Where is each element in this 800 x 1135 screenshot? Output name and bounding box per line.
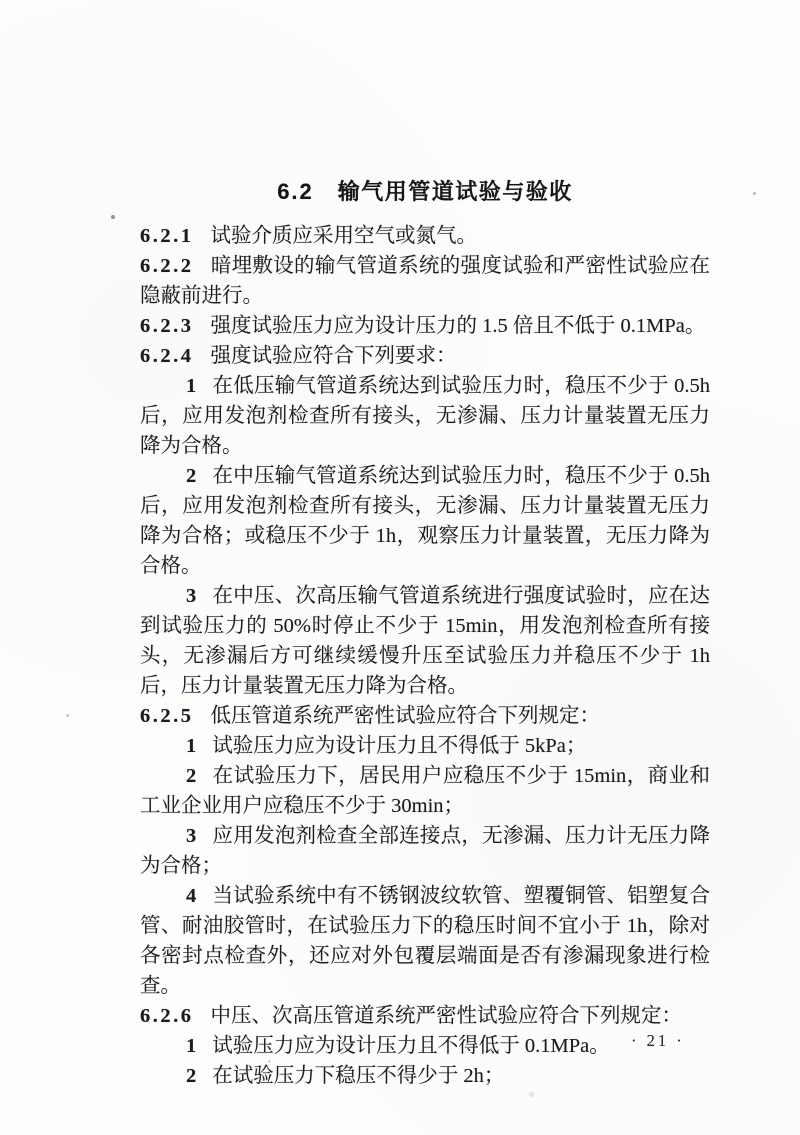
clause-6-2-4-item-2: 2在中压输气管道系统达到试验压力时，稳压不少于 0.5h 后，应用发泡剂检查所有… xyxy=(140,461,710,581)
item-text: 当试验系统中有不锈钢波纹软管、塑覆铜管、铝塑复合管、耐油胶管时，在试验压力下的稳… xyxy=(140,885,710,997)
item-number: 1 xyxy=(186,375,196,397)
item-text: 在试验压力下稳压不得少于 2h； xyxy=(212,1065,504,1087)
scan-speck xyxy=(111,215,115,219)
clause-text: 强度试验压力应为设计压力的 1.5 倍且不低于 0.1MPa。 xyxy=(211,315,706,337)
clause-text: 暗埋敷设的输气管道系统的强度试验和严密性试验应在隐蔽前进行。 xyxy=(140,255,710,307)
item-number: 1 xyxy=(186,735,196,757)
document-body: 6.2.1试验介质应采用空气或氮气。 6.2.2暗埋敷设的输气管道系统的强度试验… xyxy=(140,221,710,1091)
clause-text: 试验介质应采用空气或氮气。 xyxy=(211,225,478,247)
section-title-text: 输气用管道试验与验收 xyxy=(338,179,573,204)
section-title: 6.2输气用管道试验与验收 xyxy=(140,175,710,206)
scanned-document-page: 6.2输气用管道试验与验收 6.2.1试验介质应采用空气或氮气。 6.2.2暗埋… xyxy=(0,0,800,1135)
clause-number: 6.2.6 xyxy=(140,1005,194,1027)
clause-6-2-1: 6.2.1试验介质应采用空气或氮气。 xyxy=(140,221,710,251)
clause-6-2-4-item-3: 3在中压、次高压输气管道系统进行强度试验时，应在达到试验压力的 50%时停止不少… xyxy=(140,581,710,701)
clause-text: 低压管道系统严密性试验应符合下列规定： xyxy=(211,705,601,727)
item-text: 应用发泡剂检查全部连接点，无渗漏、压力计无压力降为合格； xyxy=(140,825,710,877)
section-title-number: 6.2 xyxy=(277,179,314,204)
clause-6-2-6-item-1: 1试验压力应为设计压力且不得低于 0.1MPa。 xyxy=(140,1031,710,1061)
item-text: 在中压输气管道系统达到试验压力时，稳压不少于 0.5h 后，应用发泡剂检查所有接… xyxy=(140,465,710,577)
clause-6-2-5-item-2: 2在试验压力下，居民用户应稳压不少于 15min，商业和工业企业用户应稳压不少于… xyxy=(140,761,710,821)
clause-number: 6.2.3 xyxy=(140,315,194,337)
item-text: 在中压、次高压输气管道系统进行强度试验时，应在达到试验压力的 50%时停止不少于… xyxy=(140,585,710,697)
item-number: 4 xyxy=(186,885,196,907)
clause-6-2-4-item-1: 1在低压输气管道系统达到试验压力时，稳压不少于 0.5h 后，应用发泡剂检查所有… xyxy=(140,371,710,461)
clause-6-2-6-item-2: 2在试验压力下稳压不得少于 2h； xyxy=(140,1061,710,1091)
clause-text: 强度试验应符合下列要求： xyxy=(211,345,457,367)
scan-speck xyxy=(66,714,69,717)
clause-6-2-6: 6.2.6中压、次高压管道系统严密性试验应符合下列规定： xyxy=(140,1001,710,1031)
clause-6-2-3: 6.2.3强度试验压力应为设计压力的 1.5 倍且不低于 0.1MPa。 xyxy=(140,311,710,341)
scan-speck xyxy=(753,192,756,195)
item-number: 1 xyxy=(186,1035,196,1057)
item-number: 2 xyxy=(186,1065,196,1087)
clause-number: 6.2.5 xyxy=(140,705,194,727)
item-number: 3 xyxy=(186,825,196,847)
clause-number: 6.2.1 xyxy=(140,225,194,247)
clause-6-2-2: 6.2.2暗埋敷设的输气管道系统的强度试验和严密性试验应在隐蔽前进行。 xyxy=(140,251,710,311)
clause-6-2-4: 6.2.4强度试验应符合下列要求： xyxy=(140,341,710,371)
item-text: 在低压输气管道系统达到试验压力时，稳压不少于 0.5h 后，应用发泡剂检查所有接… xyxy=(140,375,710,457)
page-number: · 21 · xyxy=(631,1031,685,1051)
clause-6-2-5-item-1: 1试验压力应为设计压力且不得低于 5kPa； xyxy=(140,731,710,761)
clause-6-2-5: 6.2.5低压管道系统严密性试验应符合下列规定： xyxy=(140,701,710,731)
item-text: 试验压力应为设计压力且不得低于 5kPa； xyxy=(212,735,586,757)
clause-text: 中压、次高压管道系统严密性试验应符合下列规定： xyxy=(211,1005,683,1027)
item-number: 2 xyxy=(186,765,196,787)
item-text: 在试验压力下，居民用户应稳压不少于 15min，商业和工业企业用户应稳压不少于 … xyxy=(140,765,710,817)
clause-6-2-5-item-4: 4当试验系统中有不锈钢波纹软管、塑覆铜管、铝塑复合管、耐油胶管时，在试验压力下的… xyxy=(140,881,710,1001)
clause-number: 6.2.4 xyxy=(140,345,194,367)
scan-speck xyxy=(529,1092,534,1097)
clause-6-2-5-item-3: 3应用发泡剂检查全部连接点，无渗漏、压力计无压力降为合格； xyxy=(140,821,710,881)
item-text: 试验压力应为设计压力且不得低于 0.1MPa。 xyxy=(212,1035,609,1057)
item-number: 2 xyxy=(186,465,196,487)
item-number: 3 xyxy=(186,585,196,607)
clause-number: 6.2.2 xyxy=(140,255,194,277)
